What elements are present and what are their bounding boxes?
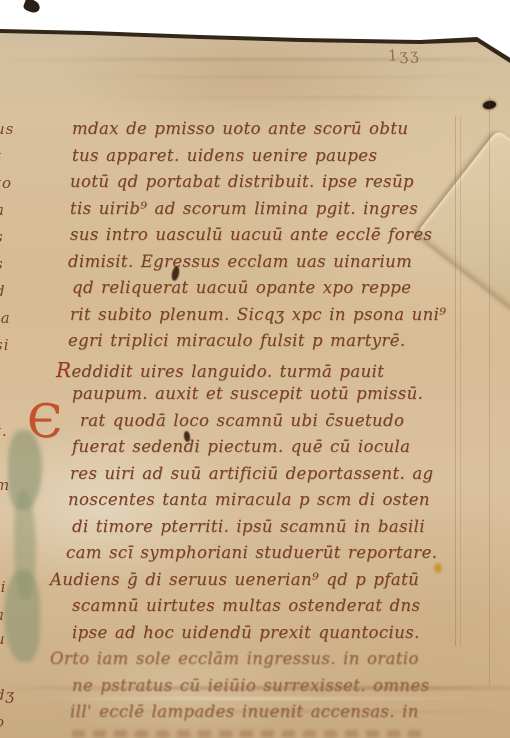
sediment-streak bbox=[0, 96, 510, 99]
drop-cap-initial-E: Є bbox=[27, 398, 62, 444]
amber-stain-dot bbox=[434, 563, 442, 573]
margin-letter-fragment: li bbox=[0, 578, 7, 596]
text-line: qd reliquerat uacuū opante xpo reppe bbox=[72, 280, 411, 297]
text-line: Audiens ḡ di seruus uenerian⁹ qd p pfatū bbox=[50, 571, 419, 588]
text-line: res uiri ad suū artificiū deportassent. … bbox=[70, 465, 434, 482]
fold-crease bbox=[0, 710, 510, 713]
margin-letter-fragment: . bbox=[0, 378, 1, 396]
text-line: fuerat sedendi piectum. quē cū iocula bbox=[72, 439, 410, 456]
fold-crease bbox=[0, 697, 510, 700]
text-line: mdax de pmisso uoto ante scorū obtu bbox=[72, 121, 408, 138]
text-line: di timore pterriti. ipsū scamnū in basil… bbox=[72, 518, 425, 535]
photo-canvas: 1ʒʒ Є mdax de pmisso uoto ante scorū obt… bbox=[0, 0, 510, 738]
text-line: egri triplici miraculo fulsit p martyrē. bbox=[68, 333, 406, 350]
text-line: ipse ad hoc uidendū prexit quantocius. bbox=[72, 624, 420, 641]
margin-letter-fragment: to bbox=[0, 174, 12, 192]
text-line: Reddidit uires languido. turmā pauit bbox=[56, 359, 384, 380]
text-line: cam scī symphoriani studuerūt reportare. bbox=[66, 545, 437, 562]
margin-letter-fragment: s bbox=[0, 255, 4, 273]
text-line: noscentes tanta miracula p scm di osten bbox=[68, 492, 430, 509]
margin-letter-fragment: s bbox=[0, 228, 4, 246]
parchment-repair-patch bbox=[416, 129, 510, 314]
text-line: rit subito plenum. Sicqʒ xpc in psona un… bbox=[70, 306, 446, 323]
margin-letter-fragment: t bbox=[0, 147, 2, 165]
line-initial: R bbox=[56, 357, 71, 381]
margin-letter-fragment: t. bbox=[0, 422, 8, 440]
sediment-streak bbox=[0, 76, 510, 78]
ruling-line-inner bbox=[455, 116, 456, 646]
margin-letter-fragment: a bbox=[0, 201, 5, 219]
sediment-streak bbox=[0, 58, 510, 61]
text-line: tis uirib⁹ ad scorum limina pgit. ingres bbox=[70, 200, 418, 217]
fold-crease bbox=[0, 686, 510, 690]
ruling-line-inner-double bbox=[460, 116, 461, 646]
text-line: Orto iam sole ecclām ingressus. in orati… bbox=[50, 651, 419, 668]
text-line: scamnū uirtutes multas ostenderat dns bbox=[72, 598, 420, 615]
margin-letter-fragment: u bbox=[0, 630, 6, 648]
text-line: tus apparet. uidens uenire paupes bbox=[72, 147, 377, 164]
margin-letter-fragment: m bbox=[0, 476, 10, 494]
margin-letter-fragment: us bbox=[0, 120, 14, 138]
parchment-page: 1ʒʒ Є mdax de pmisso uoto ante scorū obt… bbox=[0, 0, 510, 738]
text-line: uotū qd portabat distribuit. ipse resūp bbox=[70, 174, 414, 191]
margin-letter-fragment: o bbox=[0, 713, 5, 731]
text-line: paupum. auxit et suscepit uotū pmissū. bbox=[72, 386, 423, 403]
faint-partial-line bbox=[72, 730, 422, 738]
margin-letter-fragment: la bbox=[0, 309, 11, 327]
ruling-line-outer bbox=[489, 95, 490, 685]
text-line: sus intro uasculū uacuū ante ecclē fores bbox=[70, 227, 432, 244]
margin-letter-fragment: si bbox=[0, 336, 10, 354]
text-line: rat quodā loco scamnū ubi c̄suetudo bbox=[80, 412, 404, 429]
margin-letter-fragment: d bbox=[0, 282, 6, 300]
text-line: dimisit. Egressus ecclam uas uinarium bbox=[68, 253, 412, 270]
green-stain bbox=[2, 430, 46, 662]
margin-letter-fragment: a bbox=[0, 606, 5, 624]
folio-number: 1ʒʒ bbox=[388, 45, 421, 65]
debris-speck bbox=[22, 0, 41, 14]
